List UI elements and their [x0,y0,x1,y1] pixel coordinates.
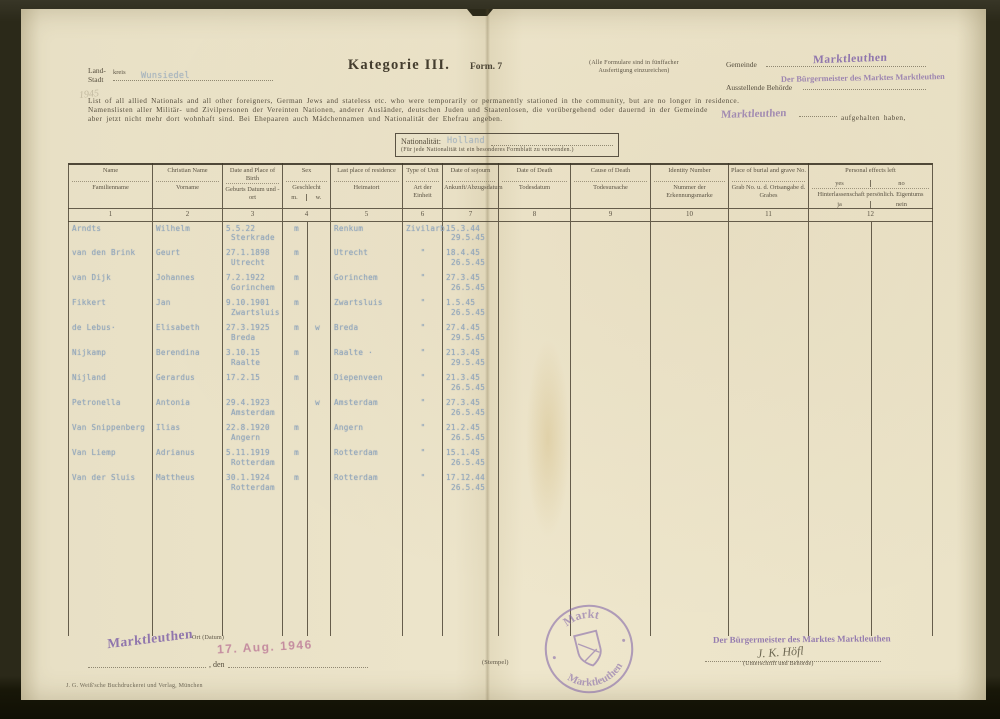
cell-sojourn-dates: 27.3.4526.5.45 [443,396,499,421]
date-fill-line [228,659,368,668]
cell-personal-effects [809,421,933,446]
column-header-de: Nummer der Erkennungsmarke [651,183,728,201]
cell-sex: m [283,371,331,396]
cell-personal-effects [809,496,933,636]
column-header-en: Christian Name [153,165,222,180]
cell-sojourn-dates: 21.3.4526.5.45 [443,371,499,396]
cell-name [69,496,153,636]
cell-burial-place [729,346,809,371]
seal-crest [574,631,604,668]
gemeinde-label: Gemeinde [726,60,757,69]
column-header-10: Identity NumberNummer der Erkennungsmark… [651,164,729,208]
cell-date-of-death [499,396,571,421]
cell-burial-place [729,296,809,321]
cell-burial-place [729,421,809,446]
cell-unit [403,496,443,636]
column-number: 11 [729,208,809,221]
cell-birth: 7.2.1922Gorinchem [223,271,283,296]
cell-residence: Angern [331,421,403,446]
cell-birth: 9.10.1901Zwartsluis [223,296,283,321]
cell-birth: 27.3.1925Breda [223,321,283,346]
cell-burial-place [729,471,809,496]
stadt-label: Stadt [88,75,106,84]
cell-unit: " [403,296,443,321]
cell-sojourn-dates: 15.1.4526.5.45 [443,446,499,471]
column-number: 1 [69,208,153,221]
kreis-fill-line [113,72,273,81]
cell-birth: 5.5.22Sterkrade [223,221,283,246]
table-row: van den BrinkGeurt27.1.1898UtrechtmUtrec… [69,246,933,271]
column-header-en: Name [69,165,152,180]
copies-note: (Alle Formulare sind in fünffacher Ausfe… [569,60,699,76]
cell-personal-effects [809,371,933,396]
cell-christian-name: Elisabeth [153,321,223,346]
column-header-en: Last place of residence [331,165,402,180]
cell-residence: Raalte · [331,346,403,371]
cell-sojourn-dates: 21.2.4526.5.45 [443,421,499,446]
description-de-line1: Namenslisten aller Militär- und Zivilper… [88,105,708,114]
cell-cause-of-death [571,471,651,496]
cell-residence: Diepenveen [331,371,403,396]
cell-name: Van Snippenberg [69,421,153,446]
cell-date-of-death [499,446,571,471]
cell-sex: m [283,246,331,271]
column-number-row: 123456789101112 [69,208,933,221]
description-en: List of all allied Nationals and all oth… [88,96,739,105]
column-number: 9 [571,208,651,221]
cell-residence: Gorinchem [331,271,403,296]
cell-personal-effects [809,296,933,321]
column-header-en: Type of Unit [403,165,442,180]
column-header-en: Date and Place of Birth [223,165,282,182]
nationality-box: Nationalität: Holland (Für jede National… [395,133,619,157]
cell-christian-name: Gerardus [153,371,223,396]
cell-cause-of-death [571,271,651,296]
cell-date-of-death [499,296,571,321]
column-header-7: Date of sojournAnkunft/Abzugsdatum [443,164,499,208]
table-row: NijlandGerardus17.2.15mDiepenveen"21.3.4… [69,371,933,396]
table-row: FikkertJan9.10.1901ZwartsluismZwartsluis… [69,296,933,321]
cell-name: van Dijk [69,271,153,296]
cell-name: Van Liemp [69,446,153,471]
cell-identity-number [651,221,729,246]
cell-date-of-death [499,371,571,396]
cell-residence: Breda [331,321,403,346]
cell-name: Petronella [69,396,153,421]
column-header-en: Personal effects left [809,165,932,180]
column-header-de: Geschlecht [283,183,330,194]
cell-cause-of-death [571,446,651,471]
cell-personal-effects [809,321,933,346]
cell-personal-effects [809,396,933,421]
column-number: 6 [403,208,443,221]
cell-sex: w [283,396,331,421]
column-number: 10 [651,208,729,221]
nationality-fill-line [491,137,613,146]
cell-sex: m [283,221,331,246]
cell-christian-name: Adrianus [153,446,223,471]
cell-residence: Rotterdam [331,471,403,496]
cell-unit: " [403,421,443,446]
nationality-note: (Für jede Nationalität ist ein besondere… [401,147,613,153]
cell-personal-effects [809,221,933,246]
cell-residence: Rotterdam [331,446,403,471]
column-header-de: Familienname [69,183,152,194]
registry-table: NameFamiliennameChristian NameVornameDat… [68,163,933,636]
table-row: PetronellaAntonia29.4.1923AmsterdamwAmst… [69,396,933,421]
column-header-en: Sex [283,165,330,180]
official-seal: Markt Marktleuthen [542,602,636,696]
table-row: de Lebus·Elisabeth27.3.1925BredamwBreda"… [69,321,933,346]
gemeinde-blank-line [799,108,837,117]
column-number: 8 [499,208,571,221]
cell-identity-number [651,271,729,296]
cell-christian-name: Berendina [153,346,223,371]
table-row: Van der SluisMattheus30.1.1924Rotterdamm… [69,471,933,496]
column-header-de: Geburts Datum und -ort [223,185,282,203]
cell-unit: " [403,246,443,271]
cell-birth [223,496,283,636]
cell-sex: mw [283,321,331,346]
cell-sojourn-dates [443,496,499,636]
land-stadt-label: Land- Stadt [88,66,106,85]
cell-christian-name: Ilias [153,421,223,446]
cell-sojourn-dates: 27.3.4526.5.45 [443,271,499,296]
column-number: 12 [809,208,933,221]
column-header-9: Cause of DeathTodesursache [571,164,651,208]
cell-burial-place [729,371,809,396]
cell-burial-place [729,321,809,346]
cell-unit: Zivilarb. [403,221,443,246]
column-header-12: Personal effects leftyesnoHinterlassensc… [809,164,933,208]
cell-christian-name: Wilhelm [153,221,223,246]
cell-residence: Zwartsluis [331,296,403,321]
cell-date-of-death [499,246,571,271]
scanned-document-page: Land- Stadt kreis Wunsiedel 1945 Kategor… [0,0,1000,719]
cell-residence: Renkum [331,221,403,246]
printer-imprint: J. G. Weiß'sche Buchdruckerei und Verlag… [66,683,203,689]
cell-identity-number [651,296,729,321]
cell-sex: m [283,421,331,446]
cell-unit: " [403,446,443,471]
cell-sex: m [283,471,331,496]
cell-christian-name: Jan [153,296,223,321]
column-number: 4 [283,208,331,221]
cell-cause-of-death [571,346,651,371]
cell-personal-effects [809,471,933,496]
cell-birth: 17.2.15 [223,371,283,396]
cell-sojourn-dates: 17.12.4426.5.45 [443,471,499,496]
cell-date-of-death [499,471,571,496]
table-row: NijkampBerendina3.10.15RaaltemRaalte ·"2… [69,346,933,371]
table-header-row: NameFamiliennameChristian NameVornameDat… [69,164,933,208]
cell-identity-number [651,246,729,271]
cell-name: Nijland [69,371,153,396]
cell-unit: " [403,471,443,496]
cell-christian-name: Mattheus [153,471,223,496]
cell-sojourn-dates: 1.5.4526.5.45 [443,296,499,321]
cell-burial-place [729,396,809,421]
signature-label: (Unterschrift und Behörde) [743,661,814,667]
cell-identity-number [651,371,729,396]
ort-datum-label: Ort (Datum) [192,635,224,641]
column-number: 5 [331,208,403,221]
cell-date-of-death [499,221,571,246]
form-number: Form. 7 [470,62,502,72]
column-header-de-sub: janein [809,201,932,208]
cell-birth: 27.1.1898Utrecht [223,246,283,271]
cell-christian-name: Johannes [153,271,223,296]
table-row: van DijkJohannes7.2.1922GorinchemmGorinc… [69,271,933,296]
cell-identity-number [651,346,729,371]
seal-graphic: Markt Marktleuthen [532,592,646,706]
cell-identity-number [651,446,729,471]
cell-sojourn-dates: 18.4.4526.5.45 [443,246,499,271]
cell-burial-place [729,496,809,636]
description-de-after-blank: aufgehalten haben, [841,113,906,122]
behoerde-stamp: Der Bürgermeister des Marktes Marktleuth… [781,71,991,84]
kreis-typed-value: Wunsiedel [141,71,190,81]
column-header-6: Type of UnitArt der Einheit [403,164,443,208]
land-label: Land- [88,66,106,75]
cell-cause-of-death [571,321,651,346]
cell-sex: m [283,296,331,321]
column-header-de: Heimatort [331,183,402,194]
cell-residence: Amsterdam [331,396,403,421]
cell-name: Arndts [69,221,153,246]
cell-cause-of-death [571,246,651,271]
behoerde-label: Ausstellende Behörde [726,83,792,92]
cell-christian-name: Geurt [153,246,223,271]
cell-residence: Utrecht [331,246,403,271]
cell-birth: 29.4.1923Amsterdam [223,396,283,421]
issuer-stamp: Der Bürgermeister des Marktes Marktleuth… [713,633,913,645]
column-header-5: Last place of residenceHeimatort [331,164,403,208]
column-header-1: NameFamilienname [69,164,153,208]
cell-burial-place [729,246,809,271]
copies-note-line1: (Alle Formulare sind in fünffacher [569,60,699,68]
cell-birth: 3.10.15Raalte [223,346,283,371]
cell-sojourn-dates: 27.4.4529.5.45 [443,321,499,346]
column-header-11: Place of burial and grave No.Grab No. u.… [729,164,809,208]
stempel-label: (Stempel) [482,659,509,666]
cell-name: van den Brink [69,246,153,271]
paper-sheet: Land- Stadt kreis Wunsiedel 1945 Kategor… [21,9,986,700]
copies-note-line2: Ausfertigung einzureichen) [569,68,699,76]
cell-unit: " [403,271,443,296]
column-header-de: Ankunft/Abzugsdatum [443,183,498,194]
cell-identity-number [651,471,729,496]
cell-identity-number [651,421,729,446]
cell-identity-number [651,321,729,346]
cell-burial-place [729,221,809,246]
column-number: 2 [153,208,223,221]
nationality-typed-value: Holland [447,136,485,146]
cell-name: Nijkamp [69,346,153,371]
column-header-en: Date of sojourn [443,165,498,180]
column-header-de: Grab No. u. d. Ortsangabe d. Grabes [729,183,808,201]
cell-sojourn-dates: 15.3.4429.5.45 [443,221,499,246]
column-header-4: SexGeschlechtm.w. [283,164,331,208]
column-number: 3 [223,208,283,221]
cell-cause-of-death [571,421,651,446]
cell-cause-of-death [571,371,651,396]
column-header-en: Place of burial and grave No. [729,165,808,180]
cell-name: Van der Sluis [69,471,153,496]
cell-unit: " [403,396,443,421]
cell-residence [331,496,403,636]
nationality-label: Nationalität: [401,137,441,146]
cell-sex: m [283,346,331,371]
cell-date-of-death [499,421,571,446]
cell-personal-effects [809,346,933,371]
cell-identity-number [651,396,729,421]
column-header-en-sub: yesno [809,180,932,187]
table-row: Van LiempAdrianus5.11.1919RotterdammRott… [69,446,933,471]
column-header-en: Date of Death [499,165,570,180]
cell-sex: m [283,446,331,471]
cell-birth: 5.11.1919Rotterdam [223,446,283,471]
cell-personal-effects [809,246,933,271]
place-fill-line [88,659,206,668]
registry-table-wrap: NameFamiliennameChristian NameVornameDat… [68,163,933,636]
den-label: , den [209,660,225,669]
date-stamp: 17. Aug. 1946 [217,638,313,657]
column-header-2: Christian NameVorname [153,164,223,208]
cell-identity-number [651,496,729,636]
column-header-de: Todesursache [571,183,650,194]
cell-christian-name: Antonia [153,396,223,421]
column-number: 7 [443,208,499,221]
cell-name: de Lebus· [69,321,153,346]
column-header-de: Art der Einheit [403,183,442,201]
cell-date-of-death [499,346,571,371]
column-header-de: Vorname [153,183,222,194]
column-header-en: Cause of Death [571,165,650,180]
description-de-line2: aber jetzt nicht mehr dort wohnhaft sind… [88,114,503,123]
column-header-de: Todesdatum [499,183,570,194]
cell-cause-of-death [571,396,651,421]
column-header-de-sub: m.w. [283,194,330,201]
column-header-de: Hinterlassenschaft persönlich. Eigentums [809,190,932,201]
cell-sex [283,496,331,636]
cell-unit: " [403,321,443,346]
cell-name: Fikkert [69,296,153,321]
cell-date-of-death [499,271,571,296]
cell-personal-effects [809,446,933,471]
cell-unit: " [403,346,443,371]
column-header-en: Identity Number [651,165,728,180]
cell-birth: 22.8.1920Angern [223,421,283,446]
cell-cause-of-death [571,221,651,246]
cell-personal-effects [809,271,933,296]
cell-sojourn-dates: 21.3.4529.5.45 [443,346,499,371]
column-header-3: Date and Place of BirthGeburts Datum und… [223,164,283,208]
cell-date-of-death [499,321,571,346]
table-row: Van SnippenbergIlias22.8.1920AngernmAnge… [69,421,933,446]
table-row: ArndtsWilhelm5.5.22SterkrademRenkumZivil… [69,221,933,246]
cell-christian-name [153,496,223,636]
cell-birth: 30.1.1924Rotterdam [223,471,283,496]
cell-unit: " [403,371,443,396]
cell-burial-place [729,446,809,471]
table-empty-space [69,496,933,636]
cell-sex: m [283,271,331,296]
cell-burial-place [729,271,809,296]
cell-cause-of-death [571,296,651,321]
gemeinde-blank-stamp: Marktleuthen [721,107,787,121]
column-header-8: Date of DeathTodesdatum [499,164,571,208]
